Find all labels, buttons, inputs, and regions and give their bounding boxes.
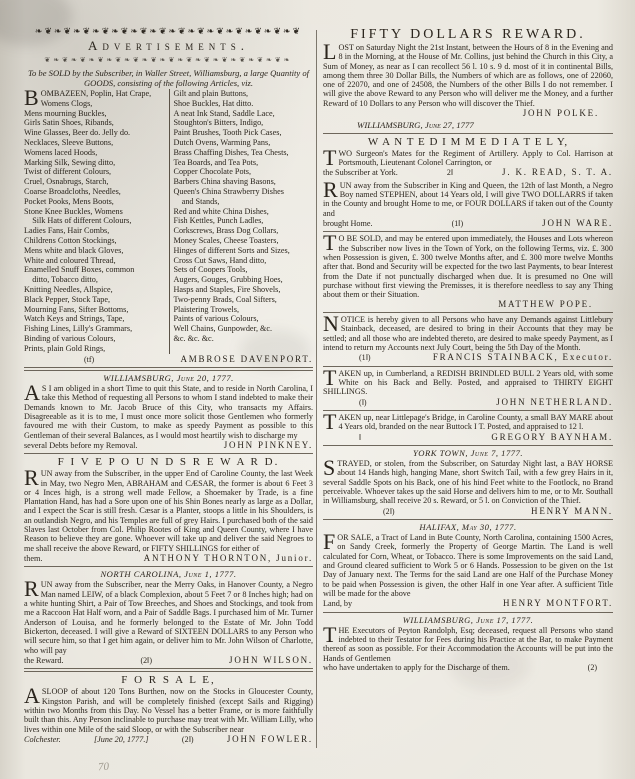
ad-polke: FIFTY DOLLARS REWARD. LOST on Saturday N… bbox=[323, 26, 613, 131]
paragraph-mark: (2‖) bbox=[182, 735, 194, 746]
ad-davenport: To be SOLD by the Subscriber, in Waller … bbox=[24, 68, 313, 365]
ad-thornton-title: F I V E P O U N D S R E W A R D. bbox=[24, 456, 313, 469]
body-tail: Colchester. bbox=[24, 735, 61, 746]
ad-netherland: TAKEN up, in Cumberland, a REDISH BRINDL… bbox=[323, 369, 613, 408]
signature: HENRY MANN. bbox=[531, 506, 613, 517]
paragraph-mark: (2‖) bbox=[383, 507, 395, 518]
goods-item: White and coloured Thread, bbox=[24, 256, 166, 266]
goods-item: Girls Satin Shoes, Ribands, bbox=[24, 118, 166, 128]
goods-item: Paint Brushes, Tooth Pick Cases, bbox=[174, 128, 314, 138]
goods-item: Stone Knee Buckles, Womens bbox=[24, 207, 166, 217]
ad-pope-signature-row: MATTHEW POPE. bbox=[323, 299, 613, 310]
paragraph-mark: (tf) bbox=[84, 355, 94, 366]
signature: JOHN WARE. bbox=[542, 218, 613, 229]
goods-item: Barbers China shaving Basons, bbox=[174, 177, 314, 187]
ad-read: W A N T E D I M M E D I A T E L Y, TWO S… bbox=[323, 136, 613, 179]
ad-polke-dateline: WILLIAMSBURG, June 27, 1777 bbox=[357, 119, 613, 131]
ad-baynham: TAKEN up, near Littlepage's Bridge, in C… bbox=[323, 413, 613, 443]
ad-wilson: NORTH CAROLINA, June 1, 1777. RUN away f… bbox=[24, 569, 313, 666]
goods-item: Tea Boards, and Tea Pots, bbox=[174, 158, 314, 168]
ad-divider-rule bbox=[323, 133, 613, 134]
goods-item: Hinges of different Sorts and Sizes, bbox=[174, 246, 314, 256]
paragraph-mark: ‖ bbox=[359, 433, 361, 444]
goods-item: Copper Chocolate Pots, bbox=[174, 167, 314, 177]
ad-ware-signature-row: brought Home. (1‖) JOHN WARE. bbox=[323, 218, 613, 230]
ad-divider-rule bbox=[323, 410, 613, 411]
goods-item: Shoe Buckles, Hat ditto. bbox=[174, 99, 314, 109]
goods-item: Childrens Cotton Stockings, bbox=[24, 236, 166, 246]
body-tail: them. bbox=[24, 554, 42, 565]
ad-wilson-signature-row: the Reward. (2‖) JOHN WILSON. bbox=[24, 655, 313, 667]
ad-netherland-signature-row: (‖) JOHN NETHERLAND. bbox=[323, 397, 613, 409]
ad-divider-rule bbox=[323, 312, 613, 313]
signature: JOHN PINKNEY. bbox=[224, 440, 313, 451]
goods-item: Queen's China Strawberry Dishes bbox=[174, 187, 314, 197]
goods-item: Ladies Fans, Hair Combs, bbox=[24, 226, 166, 236]
goods-item: Black Pepper, Stock Tape, bbox=[24, 295, 166, 305]
paragraph-mark: 2‖ bbox=[447, 168, 453, 179]
ad-davenport-signature-row: (tf) AMBROSE DAVENPORT. bbox=[24, 354, 313, 366]
goods-item: Cross Cut Saws, Hand ditto, bbox=[174, 256, 314, 266]
ad-randolph: WILLIAMSBURG, June 17, 1777. THE Executo… bbox=[323, 615, 613, 674]
ad-wilson-body: RUN away from the Subscriber, near the M… bbox=[24, 580, 313, 654]
goods-item: Pocket Pooks, Mens Boots, bbox=[24, 197, 166, 207]
signature: JOHN FOWLER. bbox=[227, 734, 313, 745]
signature: AMBROSE DAVENPORT. bbox=[180, 354, 313, 365]
column-divider bbox=[316, 30, 317, 748]
ad-pope: TO BE SOLD, and may be entered upon imme… bbox=[323, 234, 613, 310]
paragraph-mark: (‖) bbox=[359, 398, 367, 409]
signature: GREGORY BAYNHAM. bbox=[491, 432, 613, 443]
goods-item: Mourning Fans, Sifter Bottoms, bbox=[24, 305, 166, 315]
goods-item: Corkscrews, Brass Dog Collars, bbox=[174, 226, 314, 236]
ornament-border-top: ❧❦❧❦❧❦❧❦❧❦❧❦❧❦❧❦❧❦❧❦❧❦❧❦❧❦❧❦ bbox=[24, 26, 313, 37]
body-tail: the Reward. bbox=[24, 656, 64, 667]
ad-randolph-body: THE Executors of Peyton Randolph, Esq; d… bbox=[323, 626, 613, 663]
signature: ANTHONY THORNTON, Junior. bbox=[144, 553, 313, 564]
goods-item: Womens laced Hoods, bbox=[24, 148, 166, 158]
goods-item: Hasps and Staples, Fire Shovels, bbox=[174, 285, 314, 295]
goods-column-1: BOMBAZEEN, Poplin, Hat Crape, Womens Clo… bbox=[24, 89, 169, 354]
ad-netherland-body: TAKEN up, in Cumberland, a REDISH BRINDL… bbox=[323, 369, 613, 397]
goods-item: Wine Glasses, Beer do. Jelly do. bbox=[24, 128, 166, 138]
signature: J. K. READ, S. T. A. bbox=[502, 167, 613, 178]
ad-thornton-signature-row: them. ANTHONY THORNTON, Junior. bbox=[24, 553, 313, 565]
goods-item: Two-penny Brads, Coal Sifters, bbox=[174, 295, 314, 305]
goods-item: &c. &c. &c. bbox=[174, 334, 314, 344]
ad-mann-signature-row: (2‖) HENRY MANN. bbox=[323, 506, 613, 518]
ad-mann: YORK TOWN, June 7, 1777. STRAYED, or sto… bbox=[323, 448, 613, 517]
signature: MATTHEW POPE. bbox=[498, 299, 593, 310]
date-note: [June 20, 1777.] bbox=[94, 735, 149, 746]
paragraph-mark: (2) bbox=[588, 663, 597, 674]
ad-divider-rule bbox=[323, 519, 613, 520]
goods-item: Marking Silk, Sewing ditto, bbox=[24, 158, 166, 168]
ad-pinkney-signature-row: several Debts before my Removal. JOHN PI… bbox=[24, 440, 313, 452]
ad-pinkney: WILLIAMSBURG, June 20, 1777. AS I am obl… bbox=[24, 373, 313, 451]
ad-davenport-intro: To be SOLD by the Subscriber, in Waller … bbox=[24, 68, 313, 88]
goods-item: Fishing Lines, Lilly's Grammars, bbox=[24, 324, 166, 334]
goods-item: Enamelled Snuff Boxes, common bbox=[24, 265, 166, 275]
ad-read-body: TWO Surgeon's Mates for the Regiment of … bbox=[323, 149, 613, 168]
ad-divider-rule bbox=[323, 612, 613, 613]
goods-column-2: Gilt and plain Buttons,Shoe Buckles, Hat… bbox=[169, 89, 314, 354]
ad-mann-body: STRAYED, or stolen, from the Subscriber,… bbox=[323, 459, 613, 505]
ad-divider-rule bbox=[24, 566, 313, 567]
ad-polke-signature-row: JOHN POLKE. bbox=[323, 108, 613, 119]
ad-divider-rule bbox=[323, 366, 613, 367]
ad-stainback-body: NOTICE is hereby given to all Persons wh… bbox=[323, 315, 613, 352]
ad-baynham-signature-row: ‖ GREGORY BAYNHAM. bbox=[323, 432, 613, 444]
goods-item: Sets of Coopers Tools, bbox=[174, 265, 314, 275]
left-column: ❧❦❧❦❧❦❧❦❧❦❧❦❧❦❧❦❧❦❧❦❧❦❧❦❧❦❧❦ Advertiseme… bbox=[24, 26, 313, 745]
ad-montfort-dateline: HALIFAX, May 30, 1777. bbox=[323, 522, 613, 533]
ad-randolph-signature-row: who have undertaken to apply for the Dis… bbox=[323, 663, 613, 674]
ad-read-signature-row: the Subscriber at York. 2‖ J. K. READ, S… bbox=[323, 167, 613, 179]
ad-fowler: F O R S A L E, A SLOOP of about 120 Tons… bbox=[24, 674, 313, 745]
goods-item: Mens white and black Gloves, bbox=[24, 246, 166, 256]
goods-item: Prints, plain Gold Rings, bbox=[24, 344, 166, 354]
body-tail: the Subscriber at York. bbox=[323, 168, 398, 179]
signature: FRANCIS STAINBACK, Executor. bbox=[433, 352, 613, 363]
goods-item: Augers, Gouges, Grubbing Hoes, bbox=[174, 275, 314, 285]
ad-divider-rule bbox=[323, 231, 613, 232]
goods-item: Twist of different Colours, bbox=[24, 167, 166, 177]
ad-stainback-signature-row: (1‖) FRANCIS STAINBACK, Executor. bbox=[323, 352, 613, 364]
goods-item: Paints of various Colours, bbox=[174, 314, 314, 324]
goods-item: Watch Keys and Strings, Tape, bbox=[24, 314, 166, 324]
page-title: Advertisements. bbox=[24, 38, 313, 54]
ad-thornton-body: RUN away from the Subscriber, in the upp… bbox=[24, 469, 313, 553]
body-tail: several Debts before my Removal. bbox=[24, 441, 137, 452]
goods-item: ditto, Tobacco ditto, bbox=[24, 275, 166, 285]
ad-fowler-body: A SLOOP of about 120 Tons Burthen, now o… bbox=[24, 687, 313, 733]
paragraph-mark: (1‖) bbox=[452, 219, 464, 230]
ornament-border-bottom: ❦❧❦❧❦❧❦❧❦❧❦❧❦❧❦❧❦❧❦❧❦❧❦❧❦❧❦❧ bbox=[24, 55, 313, 66]
ad-divider-rule bbox=[323, 445, 613, 446]
goods-item: Silk Hats of different Colours, bbox=[24, 216, 166, 226]
signature: HENRY MONTFORT. bbox=[503, 598, 613, 609]
goods-item: Brass Chaffing Dishes, Tea Chests, bbox=[174, 148, 314, 158]
goods-item: Binding of various Colours, bbox=[24, 334, 166, 344]
ad-montfort-body: FOR SALE, a Tract of Land in Bute County… bbox=[323, 533, 613, 598]
goods-item: Fish Kettles, Punch Ladles, bbox=[174, 216, 314, 226]
ad-baynham-body: TAKEN up, near Littlepage's Bridge, in C… bbox=[323, 413, 613, 432]
goods-item: A neat Ink Stand, Saddle Lace, bbox=[174, 109, 314, 119]
signature: JOHN WILSON. bbox=[229, 655, 313, 666]
goods-item: Well Chains, Gunpowder, &c. bbox=[174, 324, 314, 334]
pencil-page-number: 70 bbox=[98, 761, 110, 774]
goods-item: Stoughton's Bitters, Indigo, bbox=[174, 118, 314, 128]
ad-divider-rule bbox=[24, 367, 313, 371]
ad-montfort-signature-row: Land, by HENRY MONTFORT. bbox=[323, 598, 613, 610]
goods-item: Money Scales, Cheese Toasters, bbox=[174, 236, 314, 246]
ad-ware-body: RUN away from the Subscriber in King and… bbox=[323, 181, 613, 218]
ad-wilson-dateline: NORTH CAROLINA, June 1, 1777. bbox=[24, 569, 313, 580]
ad-pope-body: TO BE SOLD, and may be entered upon imme… bbox=[323, 234, 613, 299]
goods-item: BOMBAZEEN, Poplin, Hat Crape, Womens Clo… bbox=[24, 89, 166, 109]
ad-fowler-title: F O R S A L E, bbox=[24, 674, 313, 687]
goods-item: Dutch Ovens, Warming Pans, bbox=[174, 138, 314, 148]
goods-item: Red and white China Dishes, bbox=[174, 207, 314, 217]
goods-item: Coarse Broadcloths, Needles, bbox=[24, 187, 166, 197]
ad-ware: RUN away from the Subscriber in King and… bbox=[323, 181, 613, 230]
ad-divider-rule bbox=[24, 668, 313, 672]
goods-item: Gilt and plain Buttons, bbox=[174, 89, 314, 99]
ad-pinkney-dateline: WILLIAMSBURG, June 20, 1777. bbox=[24, 373, 313, 384]
goods-item: Necklaces, Sleeve Buttons, bbox=[24, 138, 166, 148]
signature: JOHN POLKE. bbox=[523, 108, 599, 119]
ad-divider-rule bbox=[24, 453, 313, 454]
ad-polke-body: LOST on Saturday Night the 21st Instant,… bbox=[323, 43, 613, 108]
body-tail: Land, by bbox=[323, 599, 352, 610]
ad-read-title: W A N T E D I M M E D I A T E L Y, bbox=[323, 136, 613, 149]
goods-item: Mens mourning Buckles, bbox=[24, 109, 166, 119]
ad-mann-dateline: YORK TOWN, June 7, 1777. bbox=[323, 448, 613, 459]
body-tail: brought Home. bbox=[323, 219, 373, 230]
goods-item: Cruel, Osnabrugs, Starch, bbox=[24, 177, 166, 187]
right-column: FIFTY DOLLARS REWARD. LOST on Saturday N… bbox=[323, 26, 613, 673]
ad-polke-title: FIFTY DOLLARS REWARD. bbox=[323, 26, 613, 43]
paragraph-mark: (1‖) bbox=[359, 353, 371, 364]
ad-stainback: NOTICE is hereby given to all Persons wh… bbox=[323, 315, 613, 364]
ad-pinkney-body: AS I am obliged in a short Time to quit … bbox=[24, 384, 313, 440]
paragraph-mark: (2‖) bbox=[141, 656, 153, 667]
newspaper-page: ❧❦❧❦❧❦❧❦❧❦❧❦❧❦❧❦❧❦❧❦❧❦❧❦❧❦❧❦ Advertiseme… bbox=[0, 0, 635, 779]
body-tail: who have undertaken to apply for the Dis… bbox=[323, 663, 510, 674]
goods-item: Knitting Needles, Allspice, bbox=[24, 285, 166, 295]
ad-randolph-dateline: WILLIAMSBURG, June 17, 1777. bbox=[323, 615, 613, 626]
ad-montfort: HALIFAX, May 30, 1777. FOR SALE, a Tract… bbox=[323, 522, 613, 610]
ad-fowler-signature-row: Colchester. [June 20, 1777.] (2‖) JOHN F… bbox=[24, 734, 313, 746]
goods-item: Plaistering Trowels, bbox=[174, 305, 314, 315]
signature: JOHN NETHERLAND. bbox=[496, 397, 613, 408]
ad-thornton: F I V E P O U N D S R E W A R D. RUN awa… bbox=[24, 456, 313, 564]
goods-item: and Stands, bbox=[174, 197, 314, 207]
goods-list: BOMBAZEEN, Poplin, Hat Crape, Womens Clo… bbox=[24, 89, 313, 354]
